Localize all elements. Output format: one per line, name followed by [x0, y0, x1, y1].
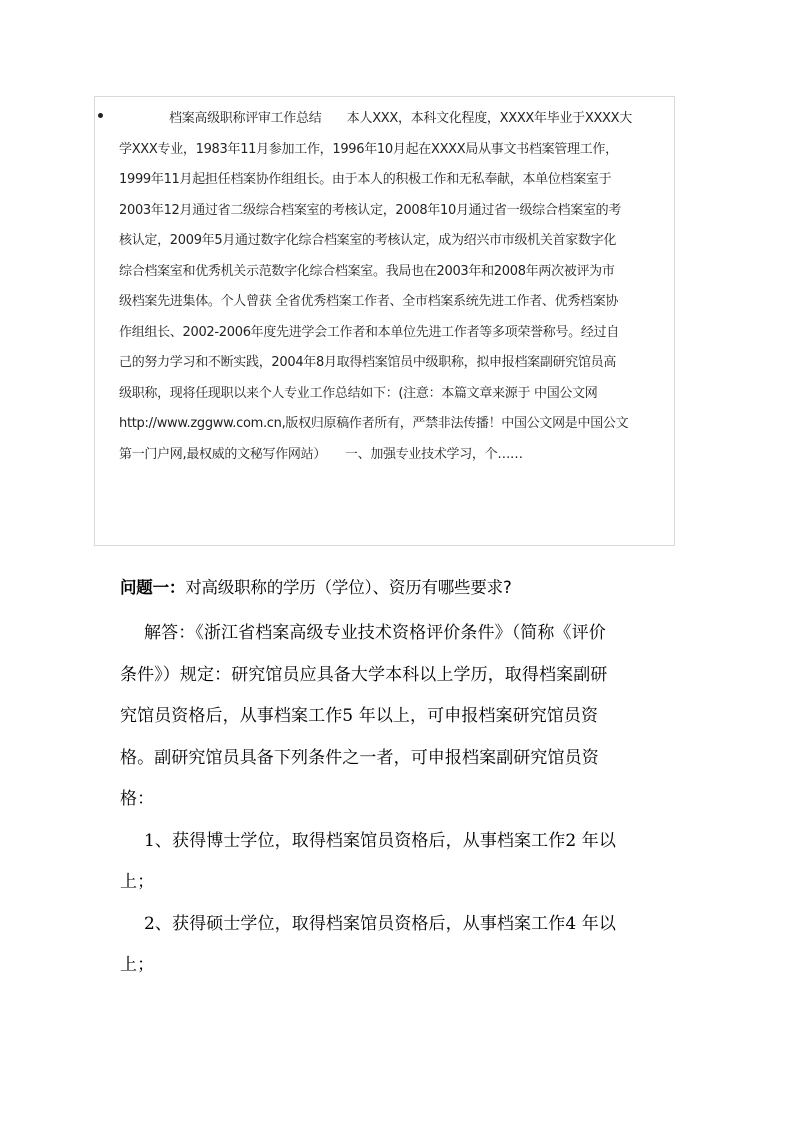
summary-text: 档案高级职称评审工作总结 本人XXX，本科文化程度，XXXX年毕业于XXXX大 … [119, 104, 675, 470]
summary-line: 1999年11月起担任档案协作组组长。由于本人的积极工作和无私奉献，本单位档案室… [119, 165, 675, 196]
qa-section: 问题一：对高级职称的学历（学位）、资历有哪些要求? 解答：《浙江省档案高级专业技… [120, 571, 680, 987]
requirement-item-1: 1、获得博士学位，取得档案馆员资格后，从事档案工作2 年以 上； [120, 821, 680, 904]
summary-line: 己的努力学习和不断实践，2004年8月取得档案馆员中级职称，拟申报档案副研究馆员… [119, 348, 675, 379]
bullet-icon [98, 113, 103, 118]
summary-line: 级职称，现将任现职以来个人专业工作总结如下：(注意：本篇文章来源于 中国公文网 [119, 379, 675, 410]
answer-paragraph: 解答：《浙江省档案高级专业技术资格评价条件》（简称《评价 条件》）规定：研究馆员… [120, 613, 680, 821]
answer-line: 解答：《浙江省档案高级专业技术资格评价条件》（简称《评价 [120, 613, 680, 655]
answer-line: 究馆员资格后，从事档案工作5 年以上，可申报档案研究馆员资 [120, 696, 680, 738]
summary-line: 作组组长、2002-2006年度先进学会工作者和本单位先进工作者等多项荣誉称号。… [119, 318, 675, 349]
summary-line: 档案高级职称评审工作总结 本人XXX，本科文化程度，XXXX年毕业于XXXX大 [119, 104, 675, 135]
summary-line: 2003年12月通过省二级综合档案室的考核认定，2008年10月通过省一级综合档… [119, 196, 675, 227]
item-line: 上； [120, 945, 680, 987]
question-label: 问题一： [120, 578, 185, 597]
summary-line: 综合档案室和优秀机关示范数字化综合档案室。我局也在2003年和2008年两次被评… [119, 257, 675, 288]
requirement-item-2: 2、获得硕士学位，取得档案馆员资格后，从事档案工作4 年以 上； [120, 904, 680, 987]
answer-line: 格。副研究馆员具备下列条件之一者，可申报档案副研究馆员资 [120, 738, 680, 780]
item-line: 2、获得硕士学位，取得档案馆员资格后，从事档案工作4 年以 [120, 904, 680, 946]
answer-line: 格： [120, 779, 680, 821]
item-line: 1、获得博士学位，取得档案馆员资格后，从事档案工作2 年以 [120, 821, 680, 863]
question-text: 对高级职称的学历（学位）、资历有哪些要求? [185, 578, 511, 597]
answer-line: 条件》）规定：研究馆员应具备大学本科以上学历，取得档案副研 [120, 655, 680, 697]
search-result-snippet-box: 档案高级职称评审工作总结 本人XXX，本科文化程度，XXXX年毕业于XXXX大 … [94, 96, 675, 546]
summary-line: 第一门户网,最权威的文秘写作网站） 一、加强专业技术学习，个…… [119, 440, 675, 471]
summary-line: 学XXX专业，1983年11月参加工作，1996年10月起在XXXX局从事文书档… [119, 135, 675, 166]
item-line: 上； [120, 862, 680, 904]
summary-line: 级档案先进集体。个人曾获 全省优秀档案工作者、全市档案系统先进工作者、优秀档案协 [119, 287, 675, 318]
summary-line-url: http://www.zggww.com.cn,版权归原稿作者所有，严禁非法传播… [119, 409, 675, 440]
question-heading: 问题一：对高级职称的学历（学位）、资历有哪些要求? [120, 571, 680, 605]
summary-line: 核认定，2009年5月通过数字化综合档案室的考核认定，成为绍兴市市级机关首家数字… [119, 226, 675, 257]
